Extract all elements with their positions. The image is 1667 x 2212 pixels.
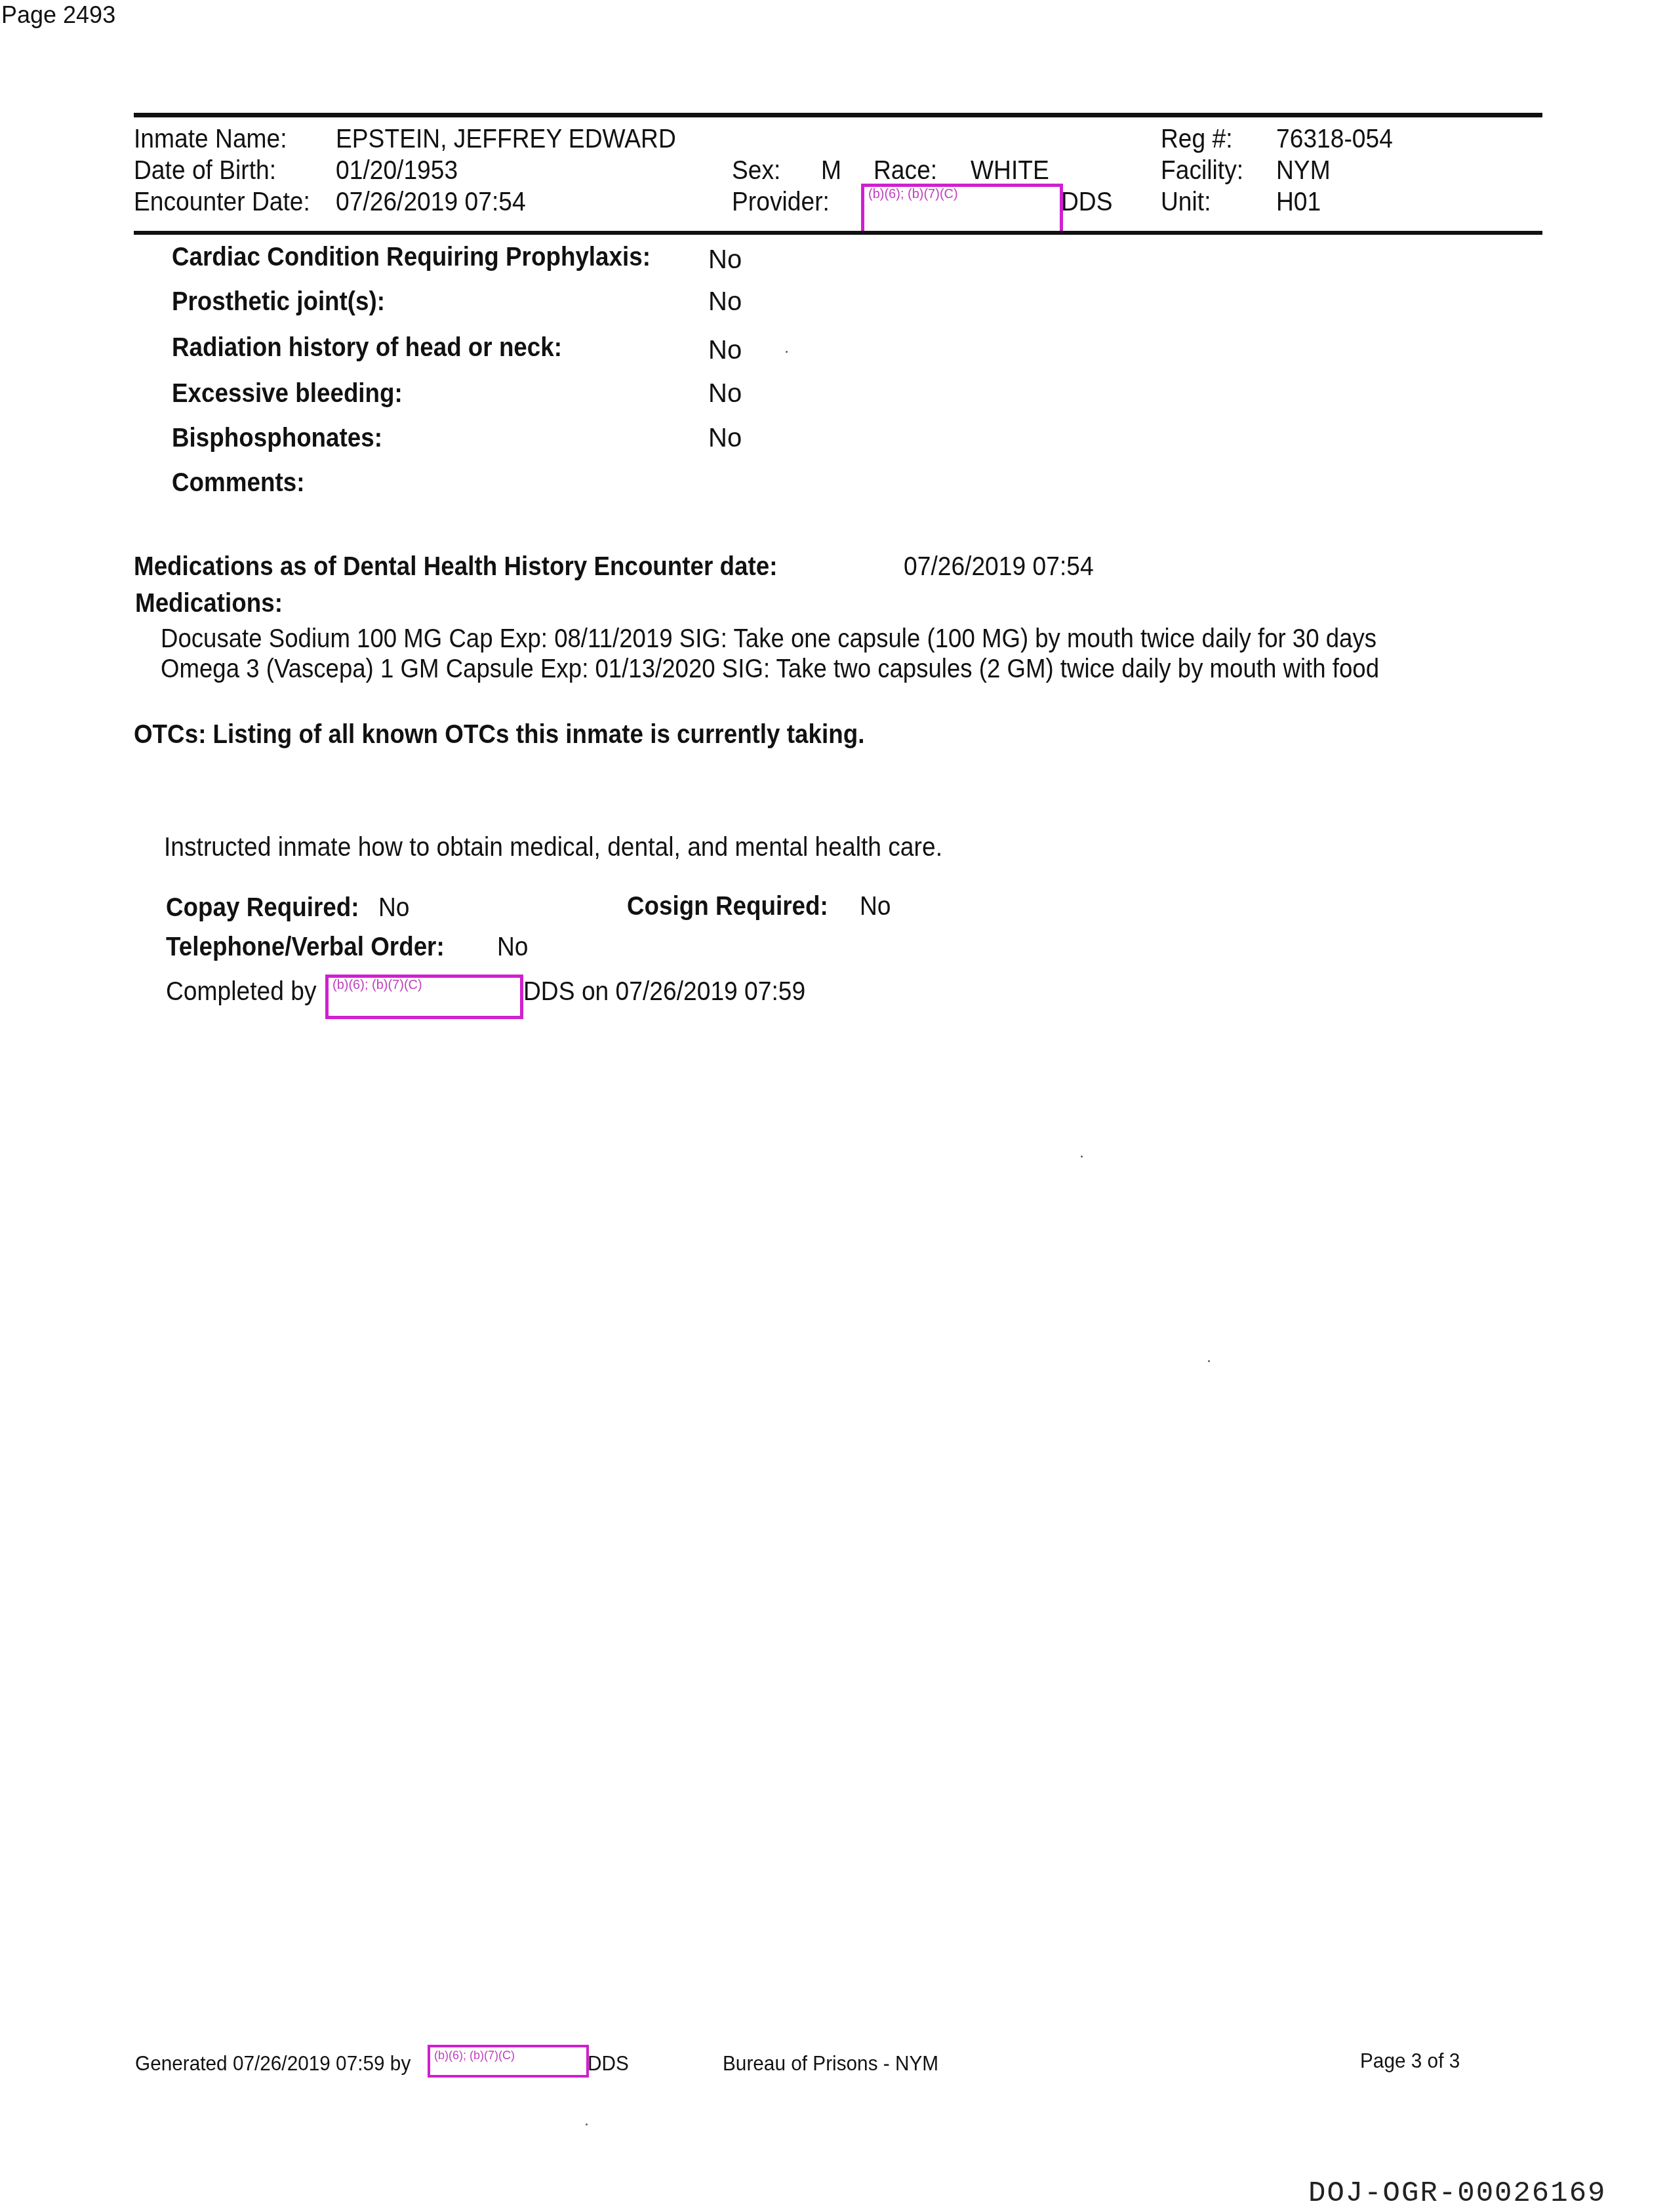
provider-suffix: DDS [1061,188,1113,217]
question-value: No [708,424,742,453]
inmate-name: EPSTEIN, JEFFREY EDWARD [336,125,676,154]
question-label: Radiation history of head or neck: [172,333,562,363]
telephone-order-label: Telephone/Verbal Order: [166,933,445,962]
scan-speck [1081,1156,1083,1157]
sex-label: Sex: [732,156,780,186]
scan-speck [786,351,788,353]
completed-by-prefix: Completed by [166,977,317,1007]
question-value: No [708,287,742,317]
question-label: Excessive bleeding: [172,379,403,409]
reg-number: 76318-054 [1276,125,1393,154]
encounter-date: 07/26/2019 07:54 [336,188,526,217]
race: WHITE [971,156,1049,186]
cosign-label: Cosign Required: [627,892,828,921]
race-label: Race: [874,156,937,186]
copay-value: No [378,893,410,923]
question-value: No [708,245,742,275]
bates-number: DOJ-OGR-00026169 [1308,2177,1606,2210]
header-bottom-rule [134,231,1542,235]
scan-speck [1208,1360,1210,1362]
instruction-text: Instructed inmate how to obtain medical,… [164,833,942,862]
facility-label: Facility: [1161,156,1243,186]
copay-label: Copay Required: [166,893,359,923]
sex: M [821,156,841,186]
medications-heading-date: 07/26/2019 07:54 [904,552,1094,582]
footer-redaction-box: (b)(6); (b)(7)(C) [428,2045,589,2078]
question-label: Bisphosphonates: [172,424,382,453]
completed-by-suffix: DDS on 07/26/2019 07:59 [523,977,805,1007]
scan-speck [586,2123,588,2125]
footer-redaction-code: (b)(6); (b)(7)(C) [434,2049,515,2062]
otc-heading: OTCs: Listing of all known OTCs this inm… [134,720,864,750]
comments-label: Comments: [172,468,304,498]
footer-institution: Bureau of Prisons - NYM [723,2051,938,2076]
dob: 01/20/1953 [336,156,458,186]
unit: H01 [1276,188,1321,217]
footer-generated-suffix: DDS [588,2051,629,2076]
medications-heading: Medications as of Dental Health History … [134,552,778,582]
medication-item: Docusate Sodium 100 MG Cap Exp: 08/11/20… [161,624,1376,654]
provider-redaction-box: (b)(6); (b)(7)(C) [861,184,1063,235]
telephone-order-value: No [497,933,529,962]
cosign-value: No [860,892,891,921]
header-top-rule [134,113,1542,117]
provider-label: Provider: [732,188,830,217]
dob-label: Date of Birth: [134,156,276,186]
question-label: Prosthetic joint(s): [172,287,385,317]
footer-generated-prefix: Generated 07/26/2019 07:59 by [135,2051,411,2076]
completed-by-redaction-code: (b)(6); (b)(7)(C) [332,978,422,993]
question-value: No [708,379,742,409]
encounter-date-label: Encounter Date: [134,188,310,217]
facility: NYM [1276,156,1331,186]
question-value: No [708,336,742,365]
page-label: Page 2493 [1,1,115,29]
footer-page-count: Page 3 of 3 [1360,2049,1460,2073]
medications-list-label: Medications: [135,589,283,618]
question-label: Cardiac Condition Requiring Prophylaxis: [172,243,651,272]
completed-by-redaction-box: (b)(6); (b)(7)(C) [325,975,523,1019]
provider-redaction-code: (b)(6); (b)(7)(C) [868,187,958,202]
medication-item: Omega 3 (Vascepa) 1 GM Capsule Exp: 01/1… [161,654,1379,684]
inmate-name-label: Inmate Name: [134,125,287,154]
reg-label: Reg #: [1161,125,1233,154]
unit-label: Unit: [1161,188,1211,217]
